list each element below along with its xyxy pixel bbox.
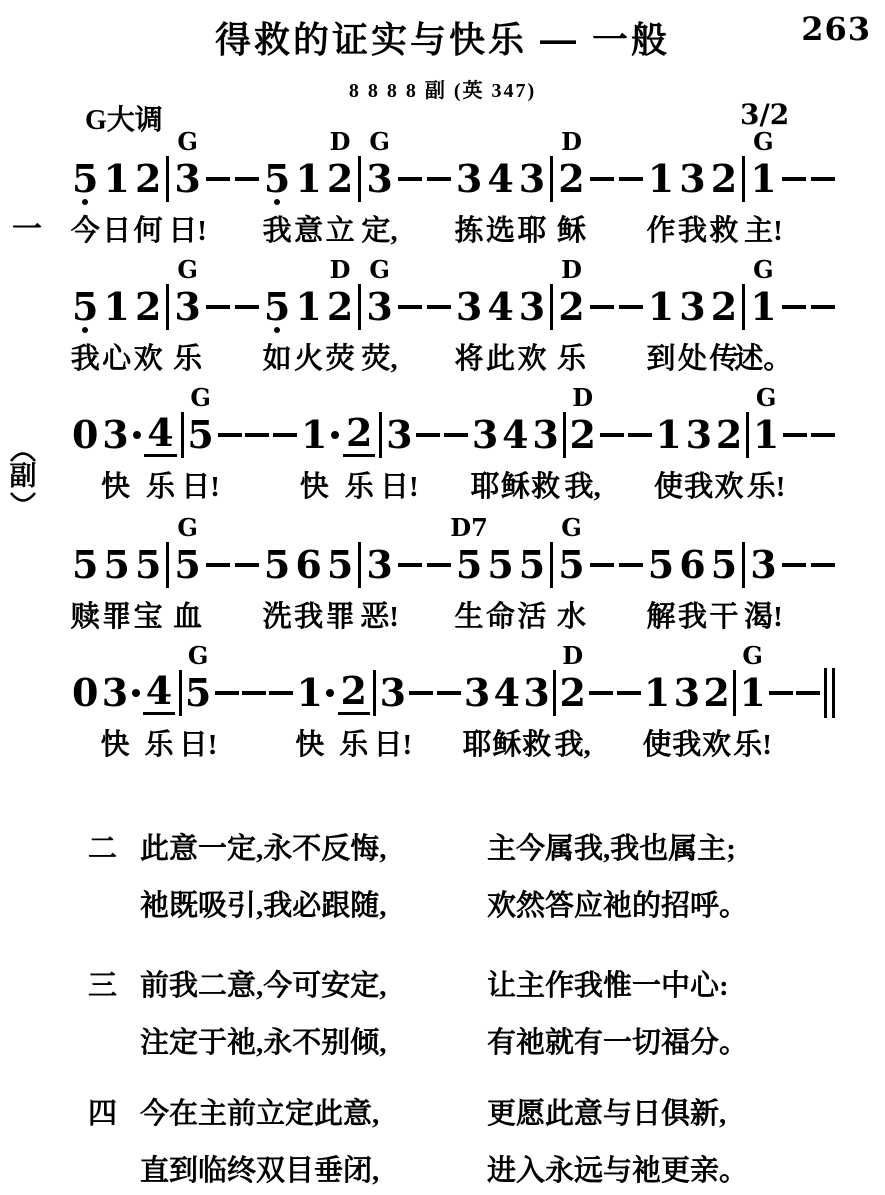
note-digit: 3: [679, 160, 705, 198]
barline: [553, 670, 556, 716]
note: D2立: [327, 156, 353, 202]
duration-dash: [600, 412, 624, 458]
duration-dash: [398, 284, 422, 330]
note-digit: 3: [750, 546, 776, 584]
note: G1乐!: [739, 670, 765, 716]
dash-line: [206, 305, 230, 309]
note: 3日!: [380, 670, 406, 716]
low-octave-dot: [274, 327, 280, 333]
note-digit: 3: [674, 674, 700, 712]
note: 3救: [532, 412, 558, 458]
note: 3日!: [386, 412, 412, 458]
dash-line: [769, 691, 793, 695]
bar-stroke: [166, 542, 169, 588]
lyric-syllable: 水: [557, 600, 586, 635]
lyric-syllable: 选: [486, 214, 515, 249]
duration-dash: [218, 412, 242, 458]
chord-symbol: G: [561, 516, 582, 540]
duration-dash: [235, 542, 259, 588]
verse-text-right: 主今属我,我也属主;: [487, 835, 736, 864]
duration-dash: [811, 542, 835, 588]
lyric-syllable: 乐: [173, 342, 202, 377]
dash-line: [782, 177, 806, 181]
lyric-syllable: 乐: [146, 470, 175, 505]
bar-stroke: [179, 670, 182, 716]
note: 3耶: [464, 670, 490, 716]
lyric-syllable: 渴!: [744, 600, 783, 635]
note: 5我: [72, 284, 98, 330]
verse-number: 二: [88, 835, 117, 864]
verse-number: 三: [88, 972, 117, 1001]
note: 1火: [295, 284, 321, 330]
note-digit: 3: [366, 160, 392, 198]
verse-text-left: 前我二意,今可安定,: [140, 972, 387, 1001]
music-system-2: 5我1心2欢G3乐5如1火D2荧G3荧,3将4此3欢D2乐1到3处2传G1述。: [0, 284, 885, 404]
dash-line: [811, 305, 835, 309]
note: 3我: [674, 670, 700, 716]
duration-dash: [589, 670, 613, 716]
lyric-syllable: 意: [294, 214, 323, 249]
lyric-syllable: 此: [486, 342, 515, 377]
augmentation-dot: [331, 412, 339, 458]
note-digit: 2: [559, 674, 585, 712]
chord-symbol: G: [369, 130, 390, 154]
duration-dash: [215, 670, 239, 716]
notation-row: 03快4乐G5日!1快2乐3日!3耶4稣3救D2我,1使3我2欢G1乐!: [72, 412, 835, 458]
note-digit: 6: [295, 546, 321, 584]
barline: [563, 412, 566, 458]
barline: [742, 156, 745, 202]
note: 3快: [102, 670, 128, 716]
note-digit: 3: [366, 288, 392, 326]
duration-dash: [409, 670, 433, 716]
dot: [331, 431, 339, 439]
note-digit: 3: [456, 160, 482, 198]
duration-dash: [811, 156, 835, 202]
lyric-syllable: 我: [684, 470, 713, 505]
lyric-syllable: 乐: [345, 470, 374, 505]
lyric-syllable: 心: [102, 342, 131, 377]
bar-stroke: [742, 156, 745, 202]
lyric-syllable: 稣: [492, 728, 521, 763]
note: 3耶: [472, 412, 498, 458]
lyric-syllable: 稣: [501, 470, 530, 505]
dash-line: [206, 177, 230, 181]
note-digit: 5: [264, 160, 290, 198]
note: 5解: [648, 542, 674, 588]
verse-text-right: 更愿此意与日俱新,: [487, 1100, 726, 1129]
dash-line: [619, 177, 643, 181]
lyric-syllable: 日!: [380, 470, 419, 505]
dash-line: [398, 563, 422, 567]
dash-line: [427, 563, 451, 567]
chord-symbol: D7: [450, 516, 488, 540]
dot: [132, 689, 140, 697]
duration-dash: [206, 284, 230, 330]
note-digit: 5: [72, 288, 98, 326]
note: G3日!: [174, 156, 200, 202]
note-digit: 3: [456, 288, 482, 326]
note-digit: 3: [523, 674, 549, 712]
note: 6我: [295, 542, 321, 588]
note-digit: 2: [558, 288, 584, 326]
duration-dash: [617, 670, 641, 716]
dash-line: [398, 177, 422, 181]
note-digit: 1: [655, 416, 681, 454]
lyric-syllable: 生: [455, 600, 484, 635]
dot: [133, 431, 141, 439]
lyric-syllable: 恶!: [360, 600, 399, 635]
dash-line: [811, 177, 835, 181]
barline: [746, 412, 749, 458]
lyric-syllable: 稣: [557, 214, 586, 249]
note-digit: 0: [72, 674, 98, 712]
note-digit: 1: [648, 288, 674, 326]
dash-line: [242, 691, 266, 695]
lyric-syllable: 罪: [102, 600, 131, 635]
note-digit: 5: [648, 546, 674, 584]
note: 1快: [301, 412, 327, 458]
duration-dash: [427, 542, 451, 588]
lyric-syllable: 将: [455, 342, 484, 377]
note-digit: 3: [519, 160, 545, 198]
dash-line: [811, 563, 835, 567]
note-digit: 4: [487, 160, 513, 198]
dash-line: [628, 433, 652, 437]
duration-dash: [273, 412, 297, 458]
dash-line: [427, 305, 451, 309]
note: 5罪: [327, 542, 353, 588]
duration-dash: [769, 670, 793, 716]
duration-dash: [206, 156, 230, 202]
note: 3处: [679, 284, 705, 330]
hymn-sheet-page: 263 得救的证实与快乐 — 一般 8 8 8 8 副 (英 347) G大调 …: [0, 0, 885, 1195]
lyric-syllable: 快: [295, 728, 324, 763]
note: 2乐: [343, 412, 375, 458]
note: 6我: [679, 542, 705, 588]
note-digit: 2: [711, 160, 737, 198]
note: 2何: [135, 156, 161, 202]
lyric-syllable: 我: [678, 600, 707, 635]
augmentation-dot: [133, 412, 141, 458]
chord-symbol: G: [177, 130, 198, 154]
note: 3救: [523, 670, 549, 716]
note-digit: 5: [185, 674, 211, 712]
note: G1述。: [750, 284, 776, 330]
barline: [550, 542, 553, 588]
note: G3乐: [174, 284, 200, 330]
note-digit: 2: [558, 160, 584, 198]
dash-line: [235, 563, 259, 567]
chord-symbol: G: [177, 258, 198, 282]
dash-line: [600, 433, 624, 437]
bar-stroke: [550, 156, 553, 202]
note-digit: 0: [72, 416, 98, 454]
note: 5命: [487, 542, 513, 588]
note-digit: 3: [464, 674, 490, 712]
note-digit: 3: [174, 288, 200, 326]
bar-stroke: [550, 284, 553, 330]
verse-number: 四: [88, 1100, 117, 1129]
duration-dash: [590, 542, 614, 588]
note: 3耶: [519, 156, 545, 202]
duration-dash: [590, 156, 614, 202]
note: 2乐: [338, 670, 370, 716]
note: 5活: [519, 542, 545, 588]
dash-line: [416, 433, 440, 437]
chord-symbol: G: [753, 258, 774, 282]
bar-stroke: [166, 156, 169, 202]
verse-text-right: 让主作我惟一中心:: [487, 972, 729, 1001]
duration-dash: [269, 670, 293, 716]
dash-line: [215, 691, 239, 695]
dash-line: [782, 305, 806, 309]
lyric-syllable: 欢: [702, 728, 731, 763]
chord-symbol: D: [562, 644, 583, 668]
note: 1使: [644, 670, 670, 716]
duration-dash: [783, 412, 807, 458]
note-digit: 3: [366, 546, 392, 584]
lyric-syllable: 快: [101, 470, 130, 505]
lyric-syllable: 救: [522, 728, 551, 763]
lyric-syllable: 我: [294, 600, 323, 635]
note-digit: 1: [648, 160, 674, 198]
note: G1主!: [750, 156, 776, 202]
lyric-syllable: 何: [134, 214, 163, 249]
note-digit: 3: [174, 160, 200, 198]
barline: [742, 542, 745, 588]
note-digit: 1: [753, 416, 779, 454]
note: D2我,: [569, 412, 595, 458]
note: 1快: [296, 670, 322, 716]
note: G1乐!: [753, 412, 779, 458]
bar-stroke: [742, 542, 745, 588]
note: G3定,: [366, 156, 392, 202]
note-digit: 4: [144, 414, 176, 457]
note: 5如: [264, 284, 290, 330]
note-digit: 1: [644, 674, 670, 712]
note: 5赎: [72, 542, 98, 588]
lyric-syllable: 快: [100, 728, 129, 763]
duration-dash: [628, 412, 652, 458]
verse-text-right: 进入永远与祂更亲。: [487, 1157, 748, 1186]
verse-text-left: 注定于祂,永不别倾,: [140, 1029, 387, 1058]
note-digit: 4: [143, 672, 175, 715]
dash-line: [783, 433, 807, 437]
barline: [166, 284, 169, 330]
note-digit: 2: [343, 414, 375, 457]
chord-symbol: G: [190, 386, 211, 410]
note-digit: 5: [558, 546, 584, 584]
chord-symbol: G: [188, 644, 209, 668]
dash-line: [235, 305, 259, 309]
dash-line: [269, 691, 293, 695]
note-digit: 4: [487, 288, 513, 326]
note: 1日: [103, 156, 129, 202]
dash-line: [589, 691, 613, 695]
barline: [358, 156, 361, 202]
barline: [166, 156, 169, 202]
note-digit: 5: [456, 546, 482, 584]
dash-line: [206, 563, 230, 567]
note: 1作: [648, 156, 674, 202]
barline: [373, 670, 376, 716]
duration-dash: [796, 670, 820, 716]
note: 4乐: [144, 412, 176, 458]
chord-symbol: D: [561, 258, 582, 282]
note: 1心: [103, 284, 129, 330]
lyric-syllable: 欢: [517, 342, 546, 377]
dash-line: [619, 563, 643, 567]
note: 3快: [102, 412, 128, 458]
notation-row: 5今1日2何G3日!5我1意D2立G3定,3拣4选3耶D2稣1作3我2救G1主!: [72, 156, 835, 202]
lyric-syllable: 宝: [134, 600, 163, 635]
note-digit: 5: [72, 160, 98, 198]
lyric-syllable: 今: [71, 214, 100, 249]
note-digit: 3: [102, 674, 128, 712]
lyric-syllable: 乐!: [733, 728, 772, 763]
chord-symbol: G: [177, 516, 198, 540]
dash-line: [444, 433, 468, 437]
note: 1使: [655, 412, 681, 458]
dash-line: [437, 691, 461, 695]
lyric-syllable: 乐: [339, 728, 368, 763]
lyric-syllable: 欢: [134, 342, 163, 377]
lyric-syllable: 日!: [168, 214, 207, 249]
lyric-syllable: 我: [71, 342, 100, 377]
note: 0: [72, 670, 98, 716]
notation-row: 5我1心2欢G3乐5如1火D2荧G3荧,3将4此3欢D2乐1到3处2传G1述。: [72, 284, 835, 330]
note: 2欢: [716, 412, 742, 458]
note-digit: 1: [739, 674, 765, 712]
note: 4稣: [494, 670, 520, 716]
dash-line: [245, 433, 269, 437]
verse-text-left: 直到临终双目垂闭,: [140, 1157, 379, 1186]
note-digit: 2: [703, 674, 729, 712]
note: G5血: [174, 542, 200, 588]
bar-stroke: [832, 668, 835, 718]
barline: [358, 542, 361, 588]
hymn-title: 得救的证实与快乐 — 一般: [0, 12, 885, 63]
note: 4稣: [502, 412, 528, 458]
lyric-syllable: 救: [531, 470, 560, 505]
low-octave-dot: [274, 199, 280, 205]
lyric-syllable: 解: [646, 600, 675, 635]
duration-dash: [398, 156, 422, 202]
duration-dash: [811, 284, 835, 330]
note-digit: 2: [135, 160, 161, 198]
verse-text-left: 今在主前立定此意,: [140, 1100, 379, 1129]
note: 3欢: [519, 284, 545, 330]
note-digit: 1: [103, 160, 129, 198]
paren-arc-bottom: [8, 492, 38, 504]
barline: [379, 412, 382, 458]
bar-stroke: [742, 284, 745, 330]
barline: [550, 156, 553, 202]
lyric-syllable: 处: [678, 342, 707, 377]
note-digit: 2: [716, 416, 742, 454]
note: G5水: [558, 542, 584, 588]
bar-stroke: [733, 670, 736, 716]
lyric-syllable: 洗: [263, 600, 292, 635]
note-digit: 1: [750, 288, 776, 326]
duration-dash: [427, 284, 451, 330]
duration-dash: [427, 156, 451, 202]
note: 3我: [686, 412, 712, 458]
duration-dash: [782, 542, 806, 588]
chord-symbol: D: [330, 258, 351, 282]
lyric-syllable: 血: [173, 600, 202, 635]
duration-dash: [398, 542, 422, 588]
note-digit: 1: [301, 416, 327, 454]
verse-text-left: 祂既吸引,我必跟随,: [140, 892, 387, 921]
dash-line: [398, 305, 422, 309]
note: 2传: [711, 284, 737, 330]
lyric-syllable: 耶: [471, 470, 500, 505]
note: 4此: [487, 284, 513, 330]
lyric-syllable: 日: [102, 214, 131, 249]
bar-stroke: [550, 542, 553, 588]
duration-dash: [235, 156, 259, 202]
lyric-syllable: 火: [294, 342, 323, 377]
note-digit: 2: [569, 416, 595, 454]
note: 4选: [487, 156, 513, 202]
note-digit: 3: [102, 416, 128, 454]
lyric-syllable: 命: [486, 600, 515, 635]
lyric-syllable: 乐: [557, 342, 586, 377]
lyric-syllable: 定,: [361, 214, 397, 249]
lyric-syllable: 赎: [71, 600, 100, 635]
verse-text-right: 有祂就有一切福分。: [487, 1029, 748, 1058]
note-digit: 1: [750, 160, 776, 198]
duration-dash: [590, 284, 614, 330]
bar-stroke: [824, 668, 827, 718]
note-digit: 4: [502, 416, 528, 454]
dash-line: [273, 433, 297, 437]
notation-row: 5赎5罪5宝G5血5洗6我5罪3恶!D75生5命5活G5水5解6我5干3渴!: [72, 542, 835, 588]
dash-line: [590, 305, 614, 309]
lyric-syllable: 我: [678, 214, 707, 249]
bar-stroke: [181, 412, 184, 458]
dash-line: [617, 691, 641, 695]
dash-line: [427, 177, 451, 181]
lyric-syllable: 罪: [326, 600, 355, 635]
note-digit: 5: [327, 546, 353, 584]
chord-symbol: G: [753, 130, 774, 154]
note: G5日!: [185, 670, 211, 716]
final-barline: [824, 670, 835, 716]
note-digit: 5: [174, 546, 200, 584]
refrain-character: 副: [10, 462, 37, 492]
barline: [742, 284, 745, 330]
dot: [326, 689, 334, 697]
note-digit: 1: [103, 288, 129, 326]
chord-symbol: D: [572, 386, 593, 410]
chord-symbol: D: [561, 130, 582, 154]
note-digit: 3: [380, 674, 406, 712]
lyric-syllable: 述。: [734, 342, 792, 377]
note: 3渴!: [750, 542, 776, 588]
note-digit: 5: [187, 416, 213, 454]
lyric-syllable: 耶: [463, 728, 492, 763]
chord-symbol: D: [330, 130, 351, 154]
lyric-syllable: 日!: [181, 470, 220, 505]
note-digit: 3: [519, 288, 545, 326]
duration-dash: [782, 156, 806, 202]
lyric-syllable: 日!: [373, 728, 412, 763]
note: 3我: [679, 156, 705, 202]
note-digit: 5: [711, 546, 737, 584]
